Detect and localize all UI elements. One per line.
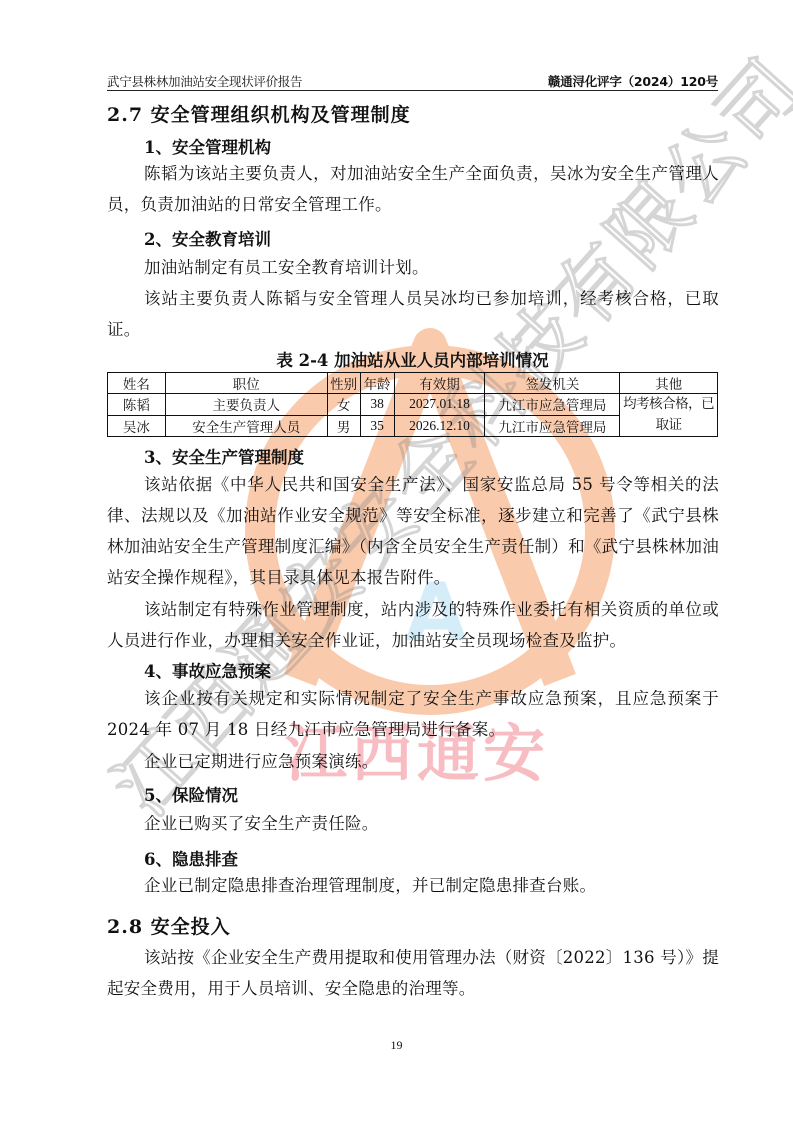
page-header: 武宁县株林加油站安全现状评价报告 赣通浔化评字（2024）120号	[107, 72, 718, 91]
subsection-5-paragraph: 企业已购买了安全生产责任险。	[107, 808, 719, 839]
section-2-8-paragraph: 该站按《企业安全生产费用提取和使用管理办法（财资〔2022〕136 号）》提起安…	[107, 942, 719, 1004]
column-header: 姓名	[108, 373, 166, 394]
document-page: 武宁县株林加油站安全现状评价报告 赣通浔化评字（2024）120号 2.7 安全…	[0, 0, 793, 1122]
table-header-row: 姓名 职位 性别 年龄 有效期 签发机关 其他	[108, 373, 718, 394]
training-table: 姓名 职位 性别 年龄 有效期 签发机关 其他 陈韬 主要负责人 女 38 20…	[107, 372, 718, 437]
subsection-2-paragraph-1: 加油站制定有员工安全教育培训计划。	[107, 252, 719, 283]
subsection-4-title: 4、事故应急预案	[144, 658, 271, 682]
subsection-3-title: 3、安全生产管理制度	[144, 444, 304, 468]
table-row: 陈韬 主要负责人 女 38 2027.01.18 九江市应急管理局 均考核合格，…	[108, 394, 718, 416]
cell-name: 陈韬	[108, 394, 166, 416]
column-header: 年龄	[360, 373, 394, 394]
cell-other-merged: 均考核合格，已取证	[620, 394, 718, 437]
cell-issuer: 九江市应急管理局	[485, 415, 620, 437]
column-header: 职位	[165, 373, 327, 394]
cell-gender: 女	[327, 394, 360, 416]
cell-gender: 男	[327, 415, 360, 437]
subsection-6-title: 6、隐患排查	[144, 846, 238, 870]
cell-issuer: 九江市应急管理局	[485, 394, 620, 416]
header-report-number: 赣通浔化评字（2024）120号	[548, 72, 718, 90]
header-report-title: 武宁县株林加油站安全现状评价报告	[107, 72, 302, 90]
cell-valid-until: 2027.01.18	[394, 394, 485, 416]
column-header: 有效期	[394, 373, 485, 394]
subsection-5-title: 5、保险情况	[144, 782, 238, 806]
subsection-1-title: 1、安全管理机构	[144, 134, 271, 158]
subsection-1-paragraph: 陈韬为该站主要负责人，对加油站安全生产全面负责，吴冰为安全生产管理人员，负责加油…	[107, 158, 719, 220]
cell-age: 35	[360, 415, 394, 437]
column-header: 性别	[327, 373, 360, 394]
subsection-4-paragraph-2: 企业已定期进行应急预案演练。	[107, 746, 719, 777]
table-caption: 表 2-4 加油站从业人员内部培训情况	[107, 347, 718, 371]
section-2-8-title: 2.8 安全投入	[107, 912, 231, 939]
subsection-2-title: 2、安全教育培训	[144, 226, 271, 250]
cell-valid-until: 2026.12.10	[394, 415, 485, 437]
subsection-4-paragraph-1: 该企业按有关规定和实际情况制定了安全生产事故应急预案，且应急预案于 2024 年…	[107, 683, 719, 745]
cell-age: 38	[360, 394, 394, 416]
section-2-7-title: 2.7 安全管理组织机构及管理制度	[107, 100, 411, 127]
cell-name: 吴冰	[108, 415, 166, 437]
cell-position: 主要负责人	[165, 394, 327, 416]
subsection-3-paragraph-2: 该站制定有特殊作业管理制度，站内涉及的特殊作业委托有相关资质的单位或人员进行作业…	[107, 594, 719, 656]
subsection-3-paragraph-1: 该站依据《中华人民共和国安全生产法》、国家安监总局 55 号令等相关的法律、法规…	[107, 469, 719, 593]
subsection-6-paragraph: 企业已制定隐患排查治理管理制度，并已制定隐患排查台账。	[107, 870, 719, 901]
page-number: 19	[0, 1038, 793, 1053]
column-header: 其他	[620, 373, 718, 394]
cell-position: 安全生产管理人员	[165, 415, 327, 437]
subsection-2-paragraph-2: 该站主要负责人陈韬与安全管理人员吴冰均已参加培训，经考核合格，已取证。	[107, 283, 719, 345]
column-header: 签发机关	[485, 373, 620, 394]
